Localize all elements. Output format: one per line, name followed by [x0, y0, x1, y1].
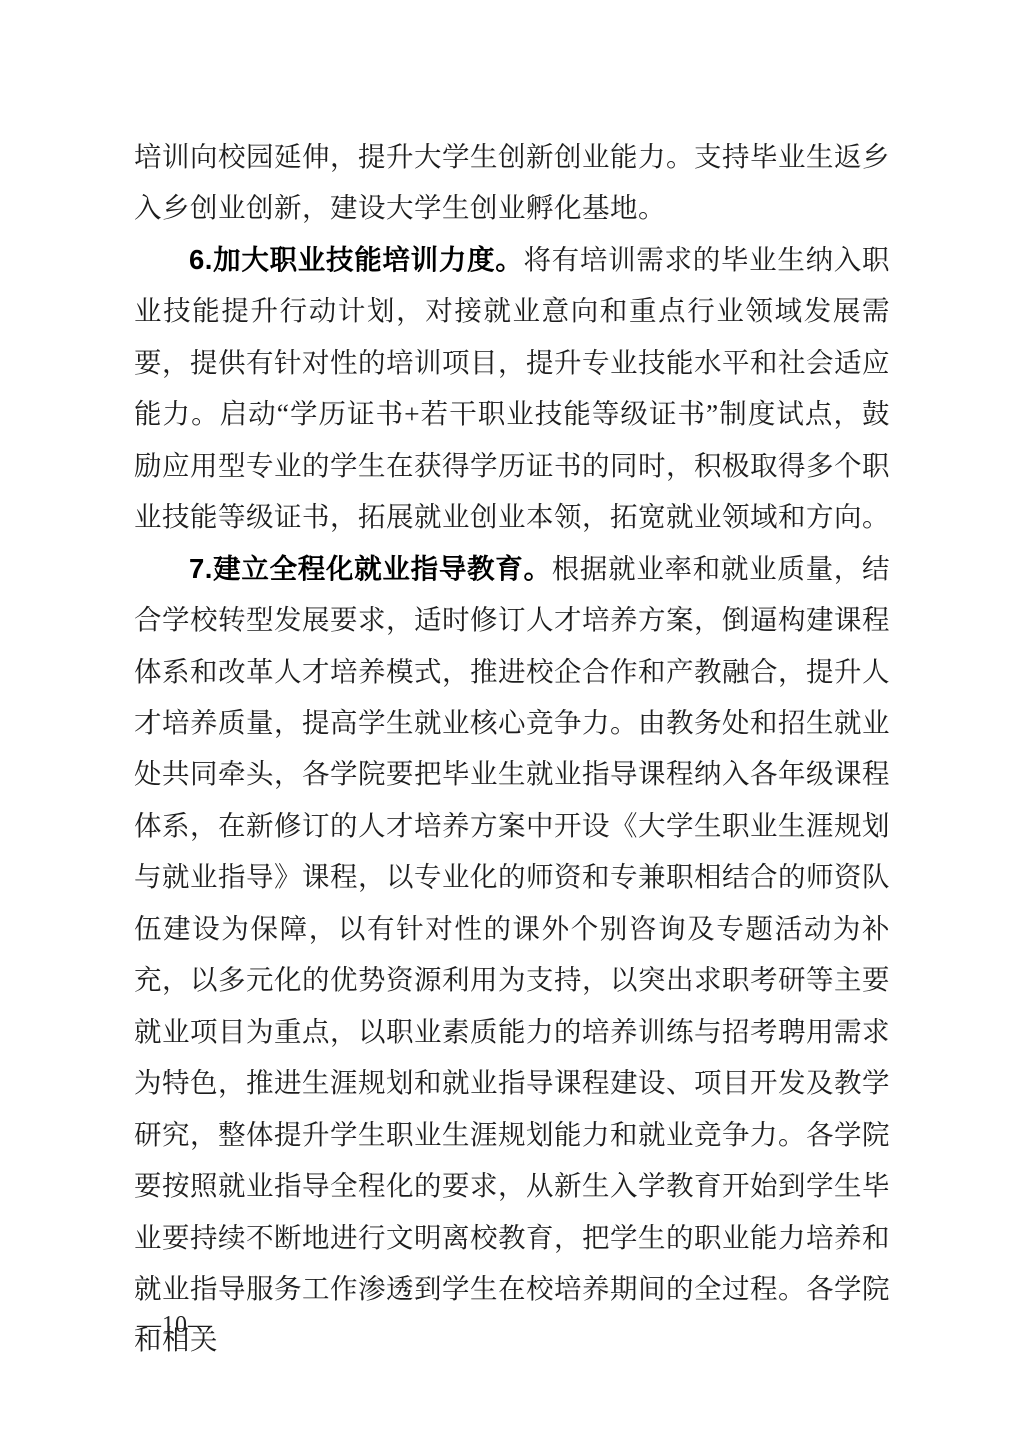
paragraph: 培训向校园延伸，提升大学生创新创业能力。支持毕业生返乡入乡创业创新，建设大学生创… — [134, 131, 890, 234]
page-number: —10— — [137, 1310, 213, 1340]
paragraph-lead: 7.建立全程化就业指导教育。 — [189, 553, 552, 584]
paragraph-text: 根据就业率和就业质量，结合学校转型发展要求，适时修订人才培养方案，倒逼构建课程体… — [134, 553, 890, 1356]
document-page: 培训向校园延伸，提升大学生创新创业能力。支持毕业生返乡入乡创业创新，建设大学生创… — [0, 0, 1024, 1448]
body-text: 培训向校园延伸，提升大学生创新创业能力。支持毕业生返乡入乡创业创新，建设大学生创… — [134, 131, 890, 1366]
paragraph-text: 将有培训需求的毕业生纳入职业技能提升行动计划，对接就业意向和重点行业领域发展需要… — [134, 244, 890, 532]
paragraph-text: 培训向校园延伸，提升大学生创新创业能力。支持毕业生返乡入乡创业创新，建设大学生创… — [134, 141, 890, 223]
paragraph-lead: 6.加大职业技能培训力度。 — [189, 244, 523, 275]
paragraph: 7.建立全程化就业指导教育。根据就业率和就业质量，结合学校转型发展要求，适时修订… — [134, 543, 890, 1366]
paragraph: 6.加大职业技能培训力度。将有培训需求的毕业生纳入职业技能提升行动计划，对接就业… — [134, 234, 890, 543]
